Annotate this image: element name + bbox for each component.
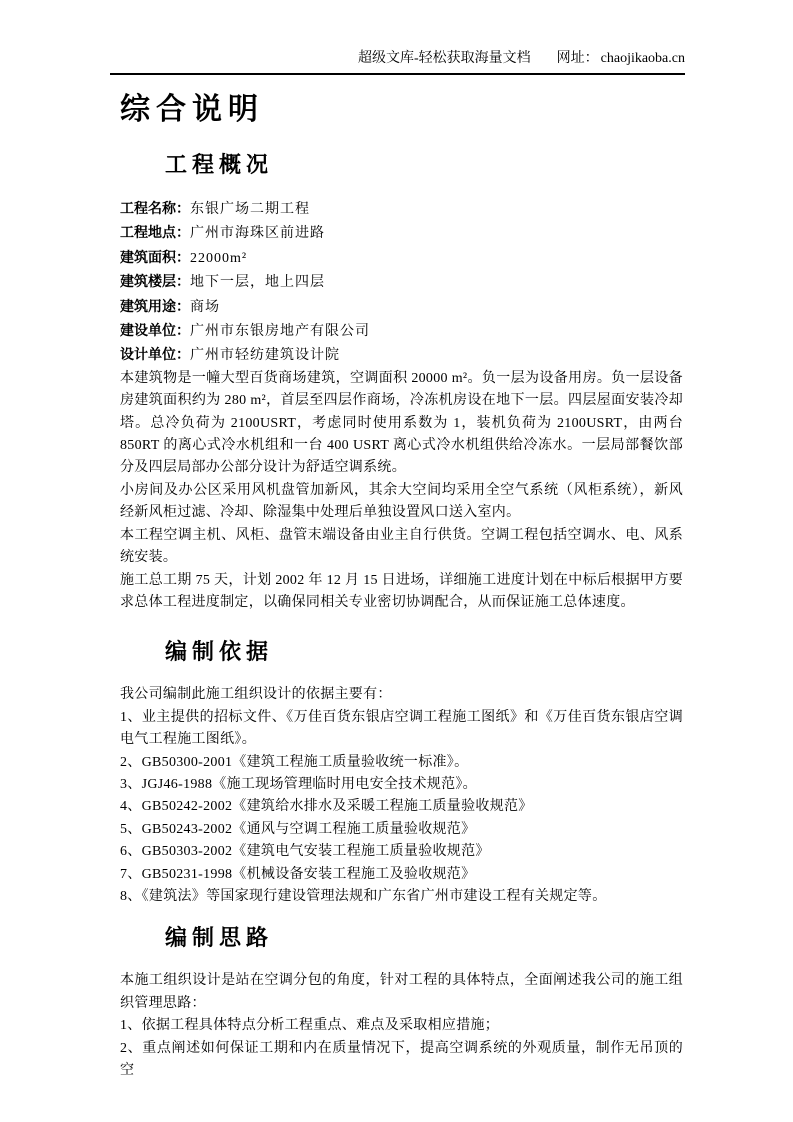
field-value: 广州市轻纺建筑设计院 [190, 348, 340, 363]
approach-intro: 本施工组织设计是站在空调分包的角度，针对工程的具体特点，全面阐述我公司的施工组织… [120, 970, 683, 1015]
page-header: 超级文库-轻松获取海量文档 网址： chaojikaoba.cn [110, 50, 685, 75]
field-value: 商场 [190, 300, 220, 315]
basis-item: 6、GB50303-2002《建筑电气安装工程施工质量验收规范》 [120, 841, 683, 863]
basis-content: 我公司编制此施工组织设计的依据主要有： 1、业主提供的招标文件、《万佳百货东银店… [120, 684, 683, 908]
field-value: 22000m² [190, 251, 247, 266]
field-row-project-location: 工程地点：广州市海珠区前进路 [120, 221, 683, 245]
field-row-project-name: 工程名称：东银广场二期工程 [120, 197, 683, 221]
header-url-label: 网址： [557, 50, 599, 68]
field-label: 工程名称： [120, 200, 190, 216]
section-heading-approach: 编制思路 [165, 926, 793, 950]
section-approach: 编制思路 本施工组织设计是站在空调分包的角度，针对工程的具体特点，全面阐述我公司… [0, 926, 793, 1082]
basis-item: 2、GB50300-2001《建筑工程施工质量验收统一标准》。 [120, 752, 683, 774]
page-title: 综合说明 [120, 93, 793, 127]
field-label: 设计单位： [120, 346, 190, 362]
basis-item: 1、业主提供的招标文件、《万佳百货东银店空调工程施工图纸》和《万佳百货东银店空调… [120, 707, 683, 752]
overview-paragraph: 小房间及办公区采用风机盘管加新风，其余大空间均采用全空气系统（风柜系统），新风经… [120, 480, 683, 525]
field-row-building-use: 建筑用途：商场 [120, 295, 683, 319]
basis-item: 7、GB50231-1998《机械设备安装工程施工及验收规范》 [120, 864, 683, 886]
field-row-design-unit: 设计单位：广州市轻纺建筑设计院 [120, 343, 683, 367]
approach-item: 1、依据工程具体特点分析工程重点、难点及采取相应措施； [120, 1015, 683, 1037]
field-value: 地下一层，地上四层 [190, 275, 325, 290]
section-overview: 工程概况 工程名称：东银广场二期工程 工程地点：广州市海珠区前进路 建筑面积：2… [0, 153, 793, 614]
basis-intro: 我公司编制此施工组织设计的依据主要有： [120, 684, 683, 706]
field-label: 建筑用途： [120, 298, 190, 314]
document-page: 超级文库-轻松获取海量文档 网址： chaojikaoba.cn 综合说明 工程… [0, 0, 793, 1122]
project-fields: 工程名称：东银广场二期工程 工程地点：广州市海珠区前进路 建筑面积：22000m… [120, 197, 683, 614]
page-header-text: 超级文库-轻松获取海量文档 网址： chaojikaoba.cn [110, 50, 685, 68]
field-value: 广州市东银房地产有限公司 [190, 324, 370, 339]
basis-item: 5、GB50243-2002《通风与空调工程施工质量验收规范》 [120, 819, 683, 841]
field-label: 建筑楼层： [120, 273, 190, 289]
approach-content: 本施工组织设计是站在空调分包的角度，针对工程的具体特点，全面阐述我公司的施工组织… [120, 970, 683, 1082]
field-row-building-floors: 建筑楼层：地下一层，地上四层 [120, 270, 683, 294]
approach-item: 2、重点阐述如何保证工期和内在质量情况下，提高空调系统的外观质量，制作无吊顶的空 [120, 1038, 683, 1083]
section-heading-basis: 编制依据 [165, 640, 793, 664]
header-url: chaojikaoba.cn [601, 50, 685, 68]
field-label: 建设单位： [120, 322, 190, 338]
overview-paragraph: 本建筑物是一幢大型百货商场建筑，空调面积 20000 m²。负一层为设备用房。负… [120, 368, 683, 480]
field-value: 东银广场二期工程 [190, 202, 310, 217]
field-row-construction-unit: 建设单位：广州市东银房地产有限公司 [120, 319, 683, 343]
overview-paragraph: 本工程空调主机、风柜、盘管末端设备由业主自行供货。空调工程包括空调水、电、风系统… [120, 525, 683, 570]
overview-paragraph: 施工总工期 75 天，计划 2002 年 12 月 15 日进场，详细施工进度计… [120, 570, 683, 615]
section-basis: 编制依据 我公司编制此施工组织设计的依据主要有： 1、业主提供的招标文件、《万佳… [0, 640, 793, 908]
field-row-building-area: 建筑面积：22000m² [120, 246, 683, 270]
field-label: 建筑面积： [120, 249, 190, 265]
basis-item: 3、JGJ46-1988《施工现场管理临时用电安全技术规范》。 [120, 774, 683, 796]
section-heading-overview: 工程概况 [165, 153, 793, 177]
field-label: 工程地点： [120, 224, 190, 240]
basis-item: 8、《建筑法》等国家现行建设管理法规和广东省广州市建设工程有关规定等。 [120, 886, 683, 908]
header-site-text: 超级文库-轻松获取海量文档 [358, 50, 531, 68]
basis-item: 4、GB50242-2002《建筑给水排水及采暖工程施工质量验收规范》 [120, 796, 683, 818]
header-url-group: 网址： chaojikaoba.cn [557, 50, 685, 68]
field-value: 广州市海珠区前进路 [190, 226, 325, 241]
